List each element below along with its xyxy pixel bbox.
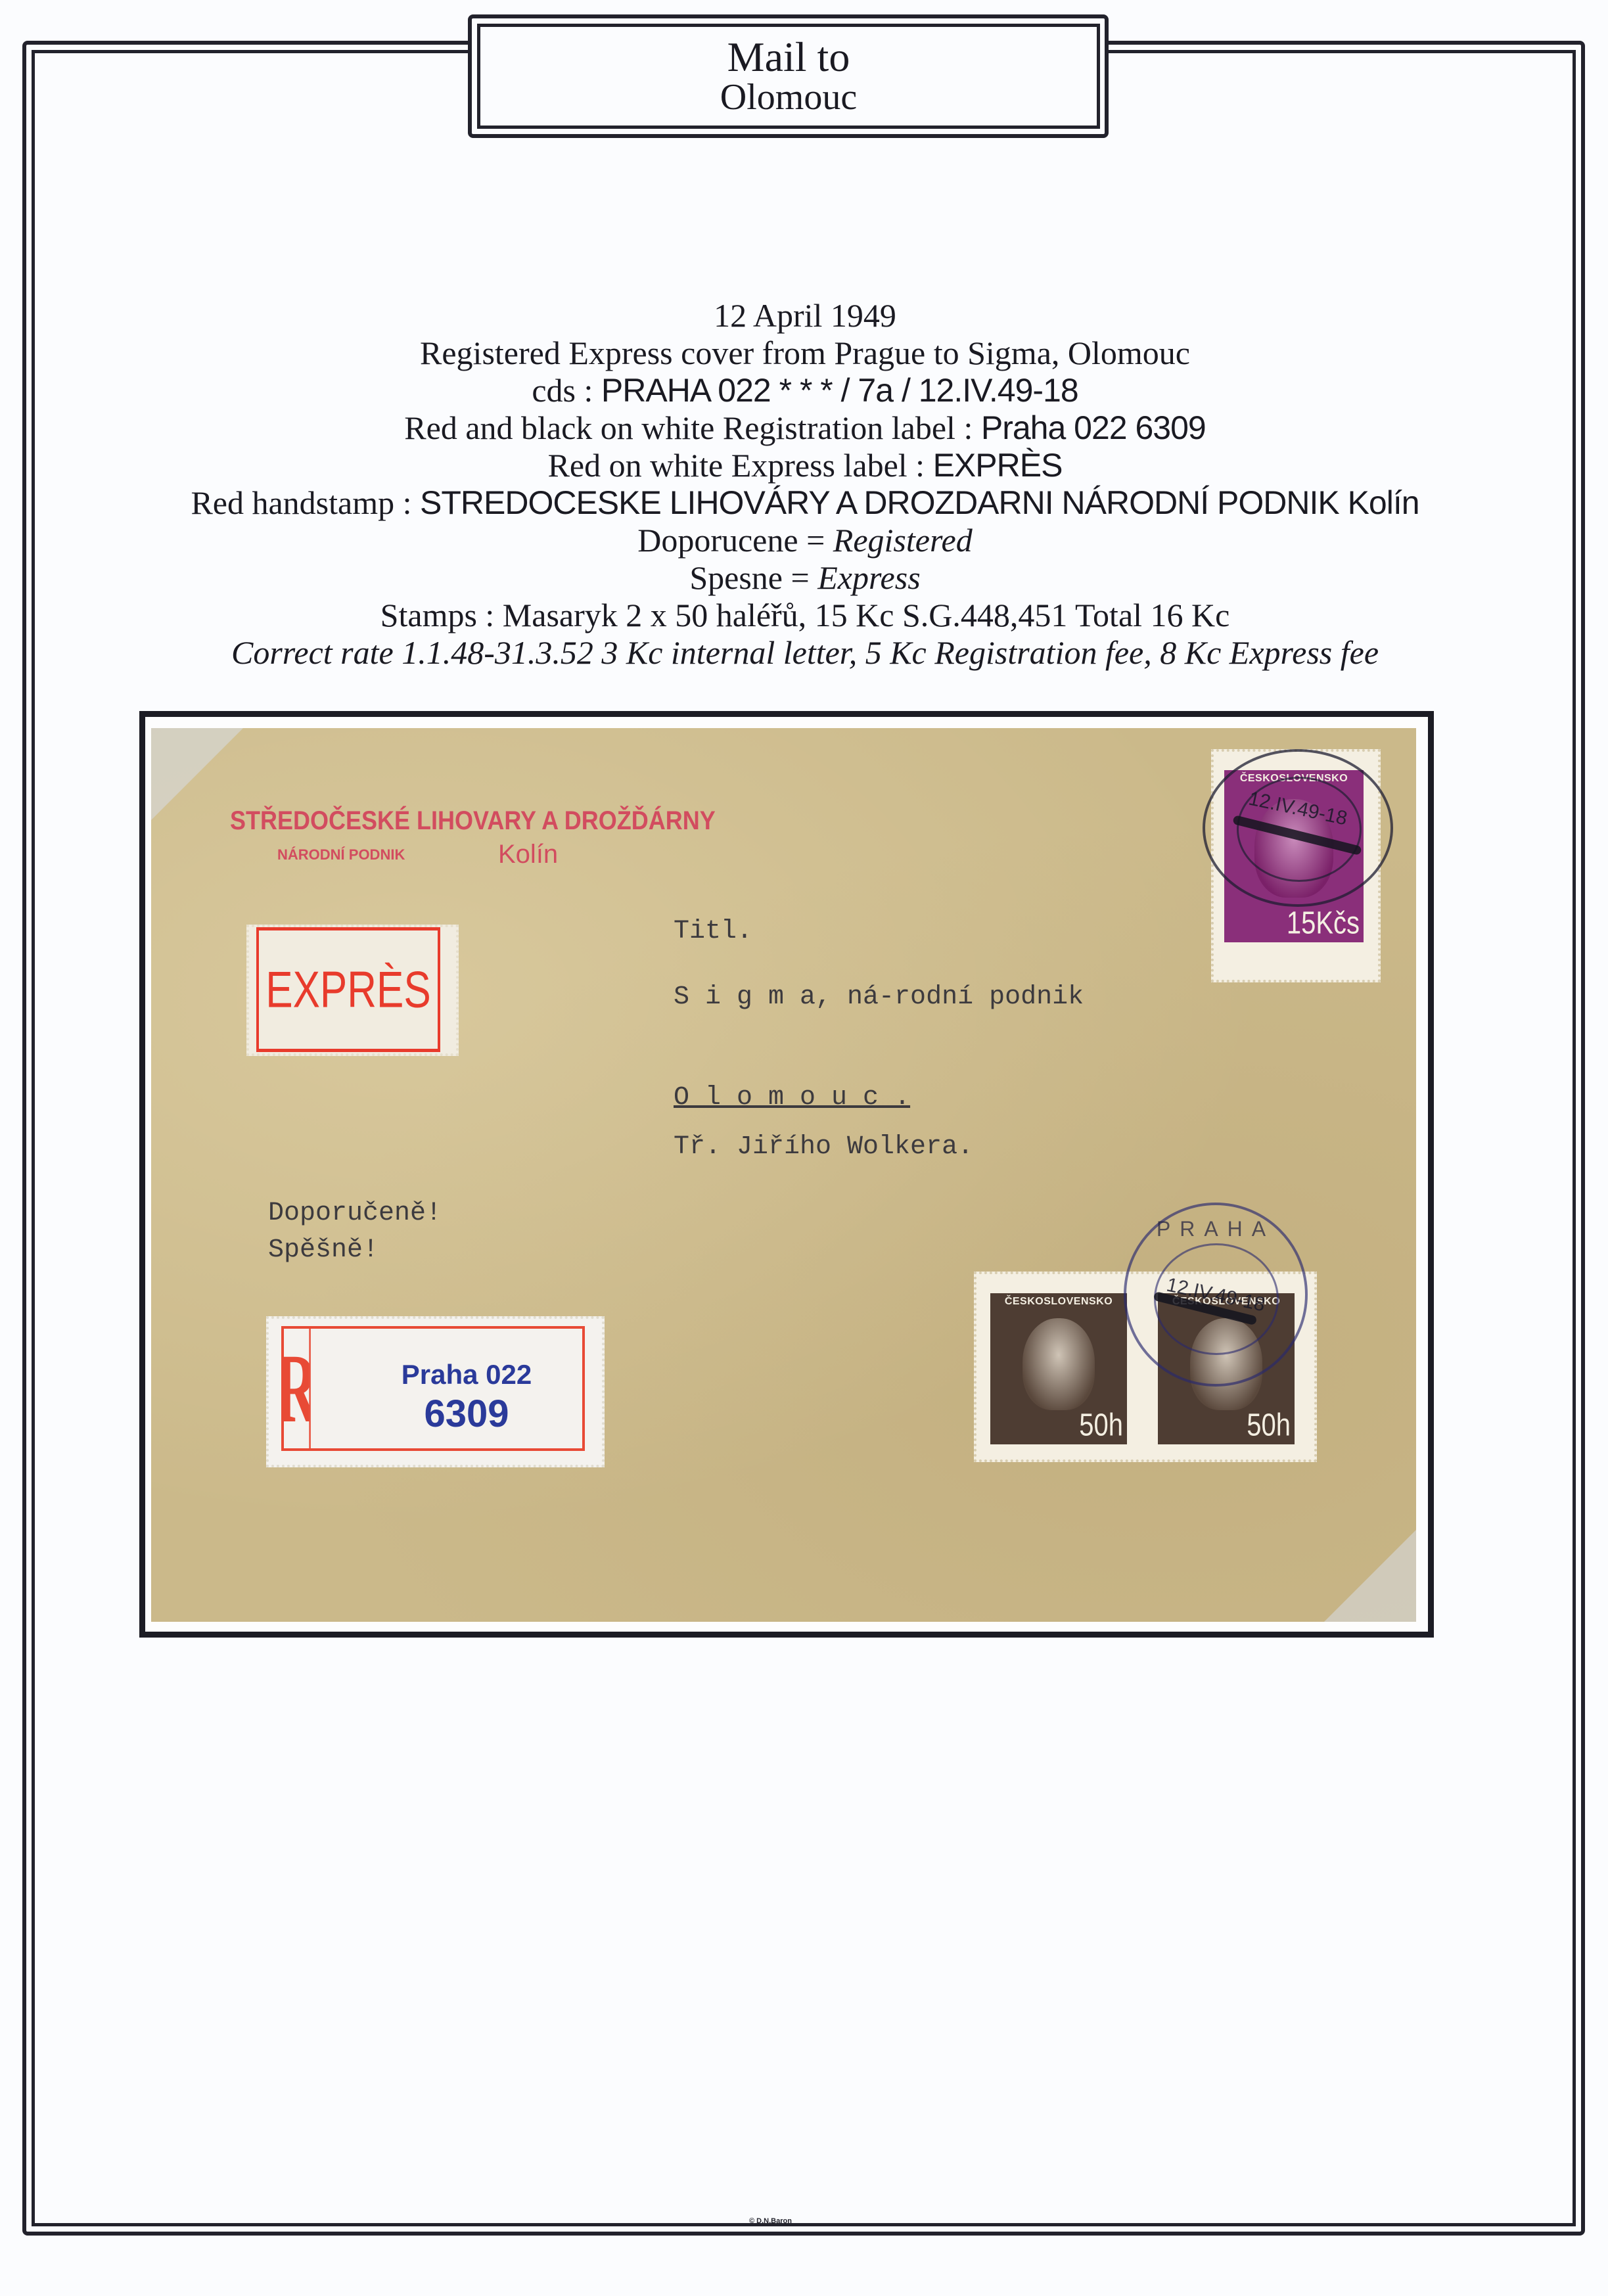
- stamp-value: 50h: [1247, 1408, 1291, 1444]
- stamp-value: 50h: [1079, 1408, 1123, 1444]
- stamp-value: 15Kčs: [1287, 906, 1360, 942]
- postmark-praha: PRAHA 12.IV.49-18: [1124, 1203, 1308, 1387]
- spesne-translation: Express: [817, 559, 920, 596]
- masaryk-portrait-icon: [1022, 1318, 1095, 1410]
- rate-line: Correct rate 1.1.48-31.3.52 3 Kc interna…: [39, 634, 1571, 672]
- express-label-value: EXPRÈS: [933, 447, 1063, 484]
- address-line-3: O l o m o u c .: [674, 1083, 910, 1113]
- cover-date: 12 April 1949: [39, 297, 1571, 334]
- page-subtitle: Olomouc: [720, 78, 857, 116]
- stamps-line: Stamps : Masaryk 2 x 50 haléřů, 15 Kc S.…: [39, 597, 1571, 634]
- cover-summary: Registered Express cover from Prague to …: [39, 334, 1571, 372]
- doporucene-translation: Registered: [833, 522, 973, 559]
- registration-label-label: Red and black on white Registration labe…: [404, 409, 981, 446]
- registration-number: 6309: [355, 1392, 578, 1436]
- postmark-town: PRAHA: [1126, 1217, 1305, 1241]
- doporucene-term: Doporucene =: [637, 522, 833, 559]
- handstamp-label: Red handstamp :: [191, 484, 420, 521]
- instruction-registered: Doporučeně!: [268, 1199, 442, 1228]
- handstamp-subtitle: NÁRODNÍ PODNIK: [277, 846, 405, 863]
- registration-label-line: Red and black on white Registration labe…: [39, 409, 1571, 447]
- express-label-text: EXPRÈS: [256, 927, 440, 1052]
- handstamp-line: Red handstamp : STREDOCESKE LIHOVÁRY A D…: [39, 484, 1571, 522]
- stamp-country: ČESKOSLOVENSKO: [990, 1296, 1127, 1308]
- doporucene-line: Doporucene = Registered: [39, 522, 1571, 559]
- registration-label-value: Praha 022 6309: [981, 409, 1206, 446]
- express-label-label: Red on white Express label :: [548, 447, 933, 484]
- express-label-line: Red on white Express label : EXPRÈS: [39, 447, 1571, 484]
- cds-label: cds :: [532, 372, 601, 409]
- postmark-top: 12.IV.49-18: [1203, 749, 1393, 907]
- page-title: Mail to: [727, 36, 850, 78]
- spesne-line: Spesne = Express: [39, 559, 1571, 597]
- registration-office: Praha 022: [355, 1359, 578, 1390]
- address-line-2: S i g m a, ná-rodní podnik: [674, 982, 1084, 1012]
- spesne-term: Spesne =: [689, 559, 817, 596]
- cover-description: 12 April 1949 Registered Express cover f…: [39, 297, 1571, 672]
- cds-line: cds : PRAHA 022 * * * / 7a / 12.IV.49-18: [39, 372, 1571, 409]
- registration-r-mark: R: [284, 1329, 311, 1448]
- address-line-4: Tř. Jiřího Wolkera.: [674, 1132, 973, 1162]
- address-line-1: Titl.: [674, 917, 752, 946]
- instruction-express: Spěšně!: [268, 1235, 379, 1265]
- copyright-notice: © D.N.Baron: [749, 2217, 792, 2225]
- handstamp-town: Kolín: [498, 840, 558, 869]
- title-box: Mail to Olomouc: [477, 24, 1100, 129]
- stamp-50h-left: ČESKOSLOVENSKO 50h: [990, 1293, 1127, 1444]
- cds-value: PRAHA 022 * * * / 7a / 12.IV.49-18: [601, 372, 1078, 409]
- handstamp-value: STREDOCESKE LIHOVÁRY A DROZDARNI NÁRODNÍ…: [420, 484, 1419, 521]
- handstamp-company: STŘEDOČESKÉ LIHOVARY A DROŽĎÁRNY: [230, 806, 716, 836]
